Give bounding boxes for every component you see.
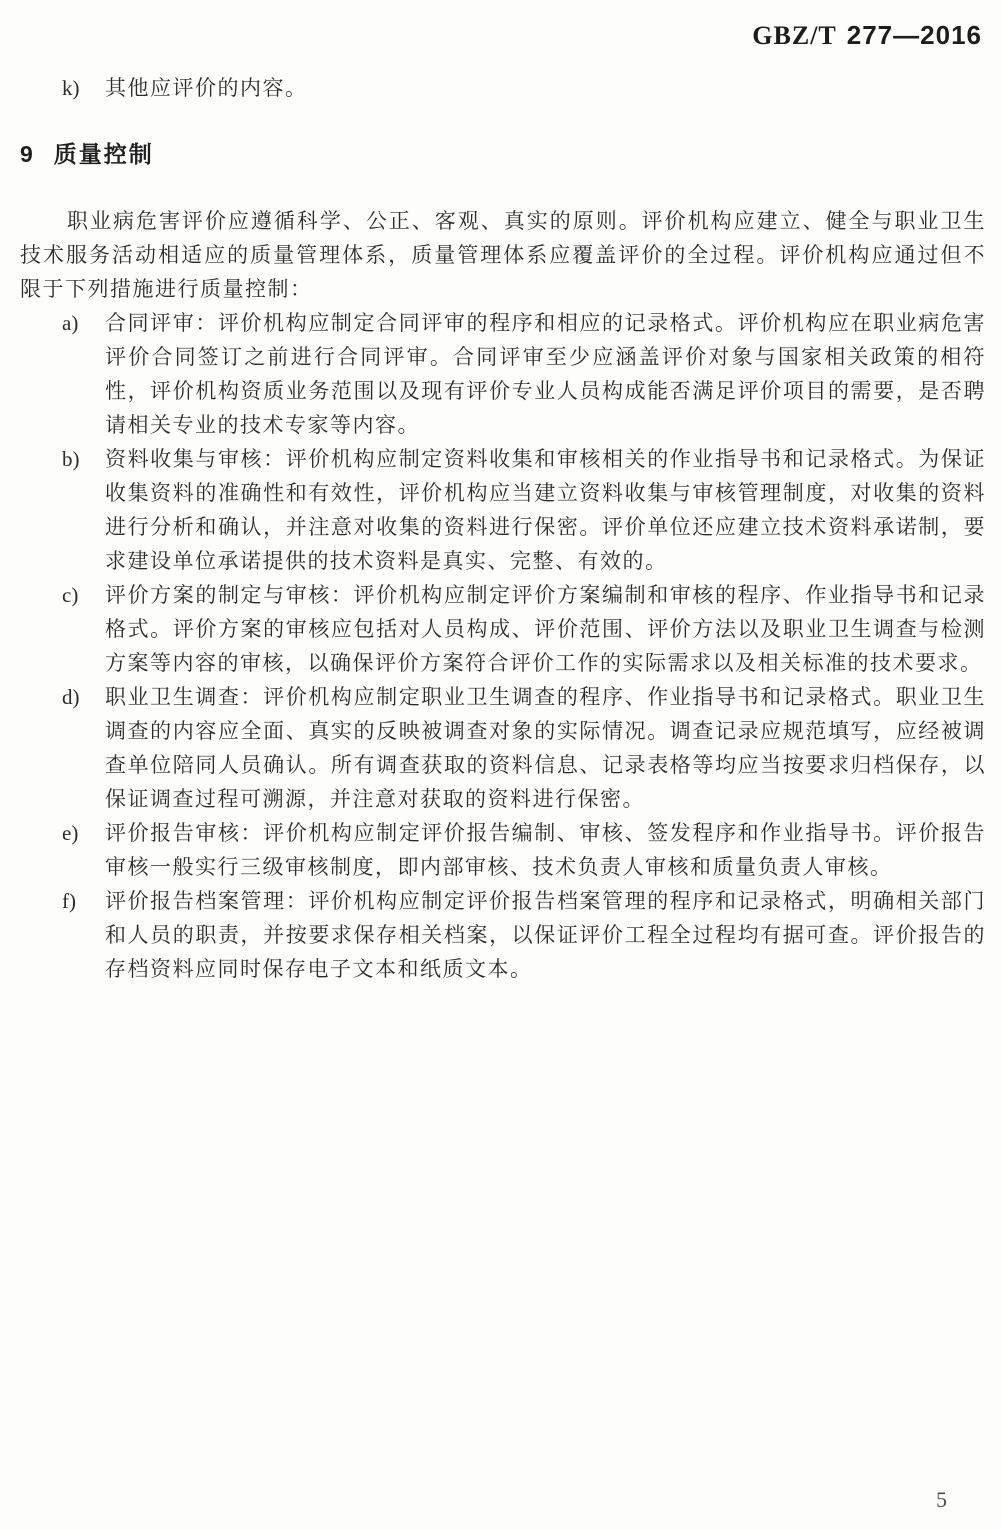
document-page: GBZ/T277—2016 k) 其他应评价的内容。 9质量控制 职业病危害评价…	[0, 0, 1002, 1530]
section-number: 9	[20, 141, 35, 167]
standard-number-header: GBZ/T277—2016	[752, 20, 982, 51]
list-item-label: d)	[62, 680, 80, 714]
list-item: b) 资料收集与审核：评价机构应制定资料收集和审核相关的作业指导书和记录格式。为…	[20, 442, 986, 578]
list-item-text: 评价报告审核：评价机构应制定评价报告编制、审核、签发程序和作业指导书。评价报告审…	[105, 821, 986, 879]
list-item: a) 合同评审：评价机构应制定合同评审的程序和相应的记录格式。评价机构应在职业病…	[20, 306, 986, 442]
list-item: d) 职业卫生调查：评价机构应制定职业卫生调查的程序、作业指导书和记录格式。职业…	[20, 680, 986, 816]
quality-control-list: a) 合同评审：评价机构应制定合同评审的程序和相应的记录格式。评价机构应在职业病…	[20, 306, 986, 986]
section-body: 职业病危害评价应遵循科学、公正、客观、真实的原则。评价机构应建立、健全与职业卫生…	[20, 204, 986, 986]
list-item-k: k) 其他应评价的内容。	[20, 71, 1002, 105]
section-title: 质量控制	[54, 141, 154, 167]
list-item-label: k)	[62, 71, 80, 105]
list-item-text: 其他应评价的内容。	[105, 76, 308, 100]
list-item-text: 职业卫生调查：评价机构应制定职业卫生调查的程序、作业指导书和记录格式。职业卫生调…	[105, 685, 986, 811]
list-item-text: 评价报告档案管理：评价机构应制定评价报告档案管理的程序和记录格式，明确相关部门和…	[105, 889, 986, 981]
page-number: 5	[936, 1483, 947, 1517]
list-item-label: b)	[62, 442, 80, 476]
list-item-label: a)	[62, 306, 78, 340]
standard-edition-number: 277—2016	[847, 20, 982, 50]
standard-code: GBZ/T	[752, 21, 836, 50]
list-item-label: f)	[62, 884, 76, 918]
intro-paragraph: 职业病危害评价应遵循科学、公正、客观、真实的原则。评价机构应建立、健全与职业卫生…	[20, 204, 986, 306]
list-item-label: c)	[62, 578, 78, 612]
list-item: f) 评价报告档案管理：评价机构应制定评价报告档案管理的程序和记录格式，明确相关…	[20, 884, 986, 986]
section-heading: 9质量控制	[20, 139, 154, 169]
list-item: e) 评价报告审核：评价机构应制定评价报告编制、审核、签发程序和作业指导书。评价…	[20, 816, 986, 884]
list-item: c) 评价方案的制定与审核：评价机构应制定评价方案编制和审核的程序、作业指导书和…	[20, 578, 986, 680]
list-item-text: 资料收集与审核：评价机构应制定资料收集和审核相关的作业指导书和记录格式。为保证收…	[105, 447, 986, 573]
list-item-label: e)	[62, 816, 78, 850]
list-item-text: 合同评审：评价机构应制定合同评审的程序和相应的记录格式。评价机构应在职业病危害评…	[105, 311, 986, 437]
list-item-text: 评价方案的制定与审核：评价机构应制定评价方案编制和审核的程序、作业指导书和记录格…	[105, 583, 986, 675]
